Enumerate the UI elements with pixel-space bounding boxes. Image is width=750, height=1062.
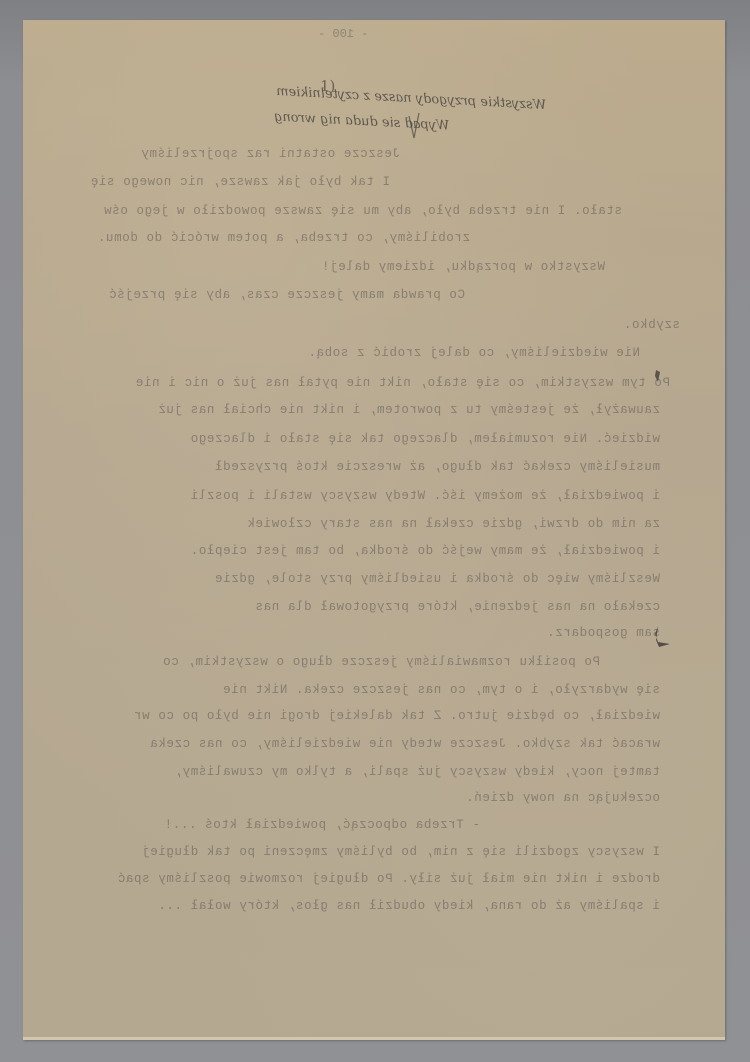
paper-bottom-edge: [23, 1037, 725, 1040]
text-line: wracać tak szybko. Jeszcze wtedy nie wie…: [85, 737, 660, 751]
text-line: I tak było jak zawsze, nic nowego się: [80, 175, 390, 189]
text-line: - Trzeba odpocząć, powiedział ktoś ...!: [150, 818, 480, 832]
text-line: wiedział, co będzie jutro. Z tak dalekie…: [85, 709, 660, 723]
text-line: i spaliśmy aż do rana, kiedy obudził nas…: [85, 899, 660, 913]
paper-tear-icon: [650, 624, 674, 650]
text-line: drodze i nikt nie miał już siły. Po dług…: [85, 872, 660, 886]
text-line: za nim do drzwi, gdzie czekał na nas sta…: [85, 517, 660, 531]
text-line: sam gospodarz.: [480, 626, 660, 640]
text-line: tamtej nocy, kiedy wszyscy już spali, a …: [85, 765, 660, 779]
text-line: szybko.: [580, 318, 680, 332]
text-line: i powiedział, że mamy wejść do środka, b…: [85, 544, 660, 558]
text-line: Jeszcze ostatni raz spojrzeliśmy: [60, 147, 400, 161]
text-line: Weszliśmy więc do środka i usiedliśmy pr…: [60, 572, 660, 586]
paper-damage-mark-icon: [652, 368, 664, 388]
text-line: stało. I nie trzeba było, aby mu się zaw…: [22, 204, 622, 218]
text-line: Wszystko w porządku, idziemy dalej!: [275, 260, 605, 274]
text-line: I wszyscy zgodzili się z nim, bo byliśmy…: [60, 845, 660, 859]
text-line: oczekując na nowy dzień.: [470, 791, 660, 805]
text-line: widzieć. Nie rozumiałem, dlaczego tak si…: [85, 432, 660, 446]
text-line: czekało na nas jedzenie, które przygotow…: [85, 600, 660, 614]
page-number: - 100 -: [318, 27, 368, 41]
text-line: zrobiliśmy, co trzeba, a potem wrócić do…: [75, 231, 470, 245]
text-line: zauważył, że jesteśmy tu z powrotem, i n…: [85, 403, 660, 417]
text-line: się wydarzyło, i o tym, co nas jeszcze c…: [85, 683, 660, 697]
text-line: Co prawda mamy jeszcze czas, aby się prz…: [50, 288, 465, 302]
text-line: Po posiłku rozmawialiśmy jeszcze długo o…: [40, 655, 600, 669]
text-line: Po tym wszystkim, co się stało, nikt nie…: [60, 376, 670, 390]
handwritten-check-icon: [408, 112, 420, 140]
text-line: i powiedział, że możemy iść. Wtedy wszys…: [60, 489, 660, 503]
text-line: musieliśmy czekać tak długo, aż wreszcie…: [85, 460, 660, 474]
text-line: Nie wiedzieliśmy, co dalej zrobić z sobą…: [270, 346, 640, 360]
